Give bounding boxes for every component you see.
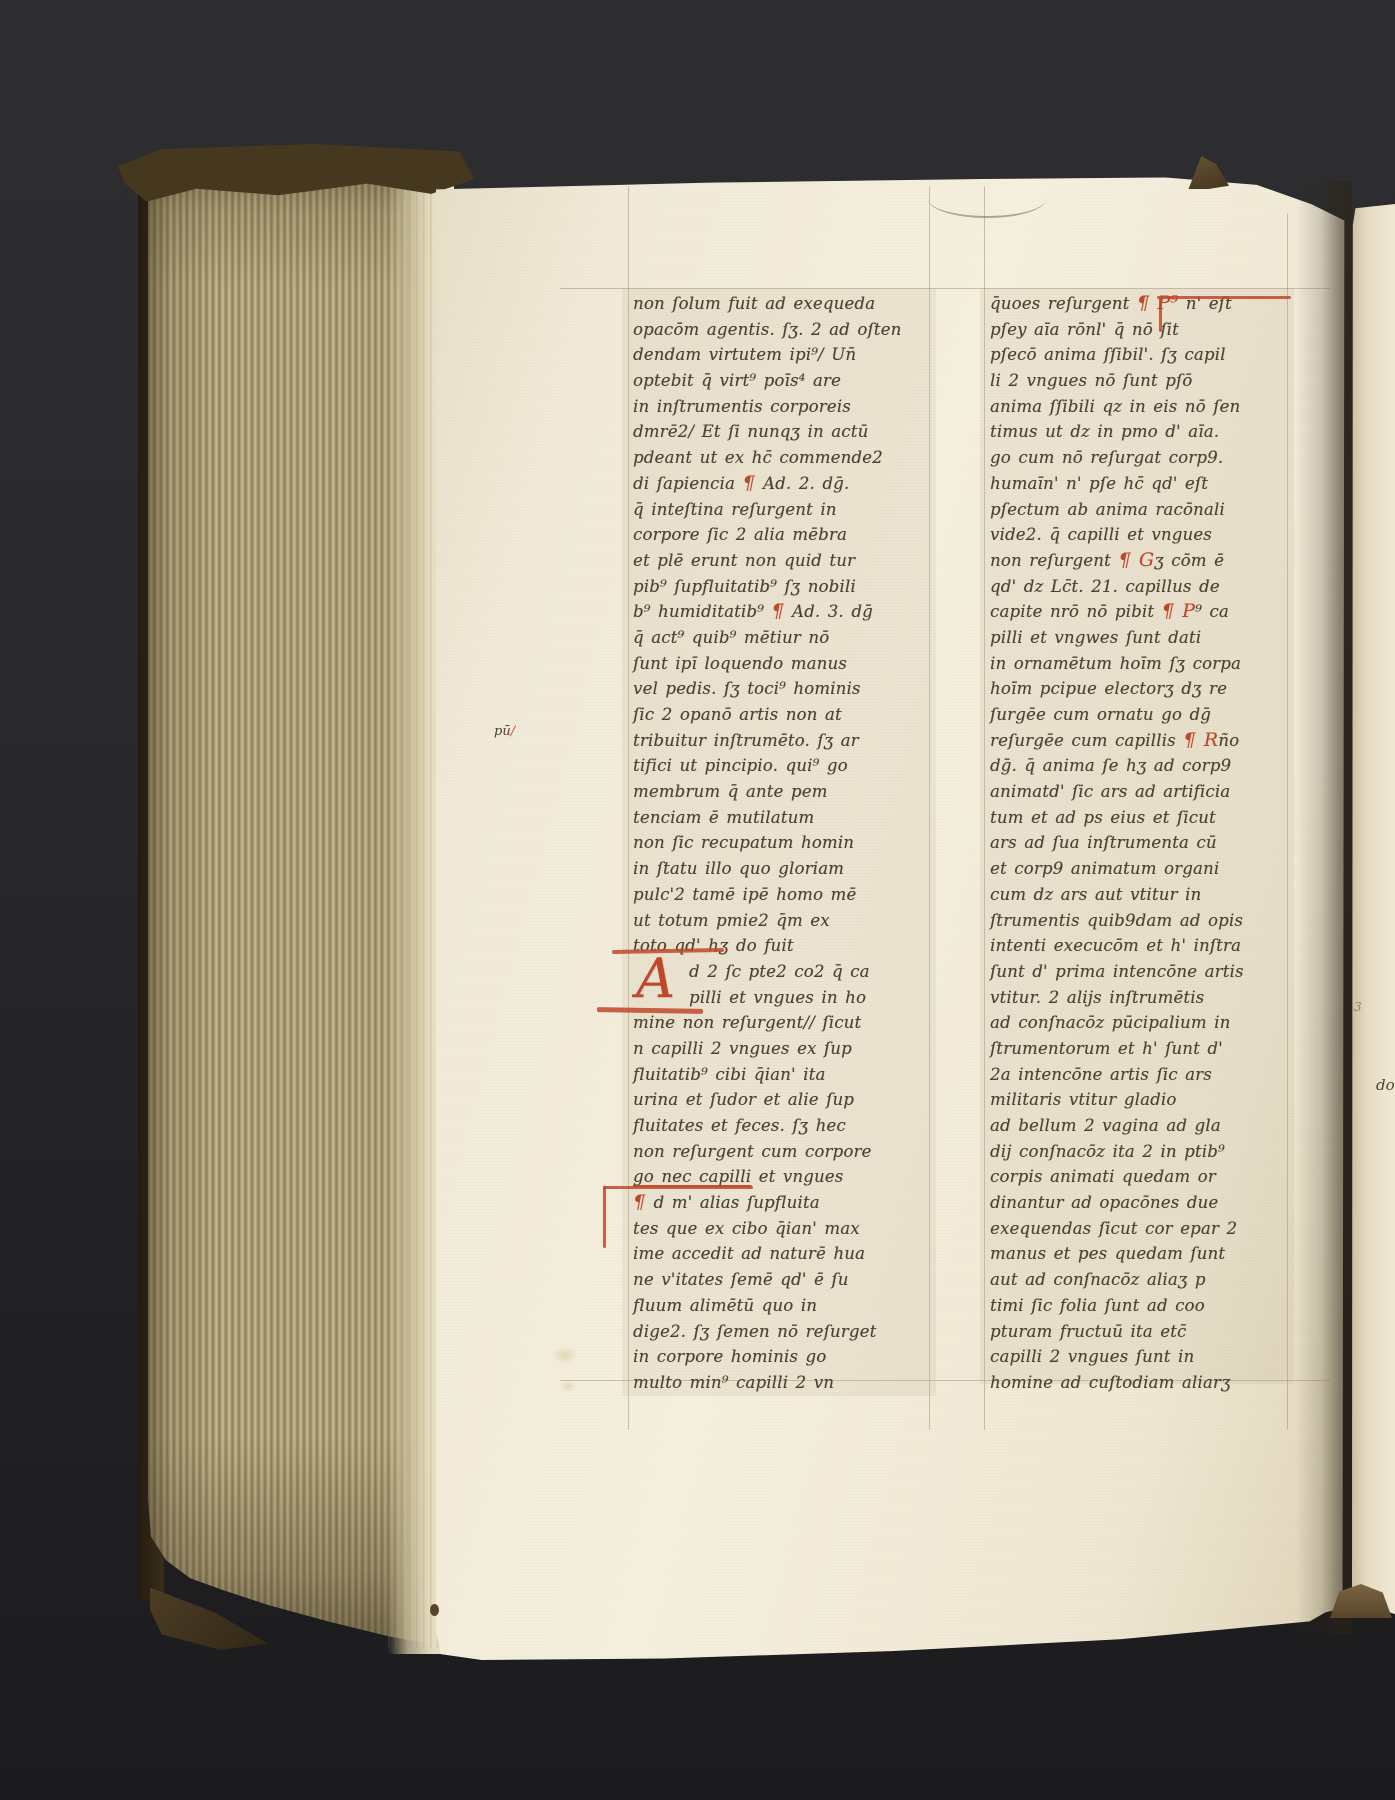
text-line: dḡ. q̄ anima ſe hʒ ad corp9 — [990, 753, 1294, 779]
ink-text: dendam virtutem ipi⁹/ Un̄ — [633, 345, 856, 364]
ink-text: ad conſnacōz pūcipalium in — [990, 1013, 1230, 1032]
text-line: ut totum pmie2 q̄m ex — [633, 908, 933, 934]
text-line: pdeant ut ex hc̄ commende2 — [633, 445, 933, 471]
ink-text: go cum nō reſurgat corp9. — [990, 448, 1223, 467]
text-line: non ſic recupatum homin — [633, 830, 933, 856]
text-line: q̄uoes reſurgent ¶ P⁹ n' eſt — [990, 291, 1294, 317]
text-line: non reſurgent cum corpore — [633, 1139, 933, 1165]
ink-text: dige2. ſʒ ſemen nō reſurget — [633, 1322, 876, 1341]
ink-text: tes que ex cibo q̄ian' max — [633, 1219, 860, 1238]
rubric-text: ¶ P — [1162, 600, 1196, 622]
text-line: vide2. q̄ capilli et vngues — [990, 522, 1294, 548]
ink-text: pdeant ut ex hc̄ commende2 — [633, 448, 883, 467]
text-line: in inſtrumentis corporeis — [633, 394, 933, 420]
text-line: pulc'2 tamē ipē homo mē — [633, 882, 933, 908]
ink-text: ño — [1218, 731, 1239, 750]
text-line: anima ſſibili qz in eis nō ſen — [990, 394, 1294, 420]
text-line: in corpore hominis go — [633, 1344, 933, 1370]
rubric-bracket-horizontal — [1157, 296, 1291, 299]
text-line: pilli et vngues in ho — [633, 985, 933, 1011]
ink-text: homine ad cuſtodiam aliarʒ — [990, 1373, 1231, 1392]
ink-text: in ſtatu illo quo gloriam — [633, 859, 844, 878]
ink-text: opacōm agentis. ſʒ. 2 ad oſten — [633, 320, 901, 339]
text-line: homine ad cuſtodiam aliarʒ — [990, 1370, 1294, 1396]
ink-text: ut totum pmie2 q̄m ex — [633, 911, 830, 930]
text-line: d 2 ſc pte2 co2 q̄ ca — [633, 959, 933, 985]
text-column-right: q̄uoes reſurgent ¶ P⁹ n' eſtpſey aīa rōn… — [990, 291, 1294, 1396]
text-line: ne v'itates ſemē qd' ē ſu — [633, 1267, 933, 1293]
text-line: mine non reſurgent// ſicut — [633, 1010, 933, 1036]
rubric-text: ¶ — [742, 472, 763, 494]
text-line: reſurgēe cum capillis ¶ Rño — [990, 728, 1294, 754]
text-line: tum et ad ps eius et ſicut — [990, 805, 1294, 831]
text-line: tes que ex cibo q̄ian' max — [633, 1216, 933, 1242]
ink-text: pturam fructuū ita etc̄ — [990, 1322, 1186, 1341]
ink-text: qd' dz Lc̄t. 21. capillus de — [990, 577, 1220, 596]
text-line: intenti execucōm et h' inſtra — [990, 933, 1294, 959]
ink-text: pilli et vngwes ſunt dati — [990, 628, 1201, 647]
ink-text: tifici ut pincipio. qui⁹ go — [633, 756, 848, 775]
ink-text: non reſurgent — [990, 551, 1118, 570]
ink-text: dḡ. q̄ anima ſe hʒ ad corp9 — [990, 756, 1231, 775]
fox-stain — [560, 1380, 576, 1392]
facing-page-sliver — [1352, 204, 1395, 1614]
ink-text: militaris vtitur gladio — [990, 1090, 1177, 1109]
text-line: q̄ act⁹ quib⁹ mētiur nō — [633, 625, 933, 651]
ink-text: dij conſnacōz ita 2 in ptib⁹ — [990, 1142, 1225, 1161]
ink-text: manus et pes quedam ſunt — [990, 1244, 1225, 1263]
marginal-note-mark: / — [511, 724, 515, 739]
text-line: dmrē2/ Et ſi nunqʒ in actū — [633, 419, 933, 445]
text-line: go cum nō reſurgat corp9. — [990, 445, 1294, 471]
ink-text: Ad. 3. dḡ — [792, 602, 873, 621]
text-line: ſunt ipī loquendo manus — [633, 651, 933, 677]
rubric-text: ¶ — [771, 600, 792, 622]
ink-text: d 2 ſc pte2 co2 q̄ ca — [689, 962, 870, 981]
drop-initial-letter: A — [636, 952, 675, 1006]
text-line: toto qd' hʒ do fuit — [633, 933, 933, 959]
text-line: corpore ſic 2 alia mēbra — [633, 522, 933, 548]
text-line: q̄ inteſtina reſurgent in — [633, 497, 933, 523]
ink-spot — [430, 1604, 439, 1616]
text-line: urina et ſudor et alie ſup — [633, 1087, 933, 1113]
ink-text: vtitur. 2 alijs inſtrumētis — [990, 988, 1204, 1007]
rubric-text: ¶ R — [1183, 729, 1218, 751]
text-line: vel pedis. ſʒ toci⁹ hominis — [633, 676, 933, 702]
ink-text: tenciam ē mutilatum — [633, 808, 814, 827]
rubric-text: ¶ G — [1118, 549, 1154, 571]
ink-text: corpis animati quedam or — [990, 1167, 1216, 1186]
text-line: fluitatib⁹ cibi q̄ian' ita — [633, 1062, 933, 1088]
ink-text: ſurgēe cum ornatu go dḡ — [990, 705, 1211, 724]
ink-text: pſectum ab anima racōnali — [990, 500, 1225, 519]
text-column-left: non ſolum fuit ad exequedaopacōm agentis… — [633, 291, 933, 1396]
ink-text: q̄uoes reſurgent — [990, 294, 1137, 313]
ink-text: tum et ad ps eius et ſicut — [990, 808, 1216, 827]
ink-text: ime accedit ad naturē hua — [633, 1244, 865, 1263]
ink-text: ⁹ ca — [1195, 602, 1229, 621]
text-line: non reſurgent ¶ Gʒ cōm ē — [990, 548, 1294, 574]
ink-text: di ſapiencia — [633, 474, 742, 493]
text-line: tribuitur inſtrumēto. ſʒ ar — [633, 728, 933, 754]
ink-text: non ſolum fuit ad exequeda — [633, 294, 875, 313]
text-line: in ornamētum hoīm ſʒ corpa — [990, 651, 1294, 677]
text-line: ¶ d m' alias ſupfluita — [633, 1190, 933, 1216]
text-line: cum dz ars aut vtitur in — [990, 882, 1294, 908]
text-line: ſunt d' prima intencōne artis — [990, 959, 1294, 985]
text-line: b⁹ humiditatib⁹ ¶ Ad. 3. dḡ — [633, 599, 933, 625]
text-line: fluum alimētū quo in — [633, 1293, 933, 1319]
rubric-bracket-vertical — [1159, 298, 1162, 332]
text-line: membrum q̄ ante pem — [633, 779, 933, 805]
text-line: corpis animati quedam or — [990, 1164, 1294, 1190]
ink-text: pib⁹ ſupfluitatib⁹ ſʒ nobili — [633, 577, 856, 596]
text-line: exequendas ſicut cor epar 2 — [990, 1216, 1294, 1242]
text-line: ſurgēe cum ornatu go dḡ — [990, 702, 1294, 728]
ink-text: q̄ act⁹ quib⁹ mētiur nō — [633, 628, 829, 647]
text-line: ſtrumentis quib9dam ad opis — [990, 908, 1294, 934]
ink-text: dinantur ad opacōnes due — [990, 1193, 1218, 1212]
ink-text: n capilli 2 vngues ex ſup — [633, 1039, 852, 1058]
text-line: et corp9 animatum organi — [990, 856, 1294, 882]
ink-text: ſunt d' prima intencōne artis — [990, 962, 1244, 981]
text-line: tifici ut pincipio. qui⁹ go — [633, 753, 933, 779]
ink-text: ne v'itates ſemē qd' ē ſu — [633, 1270, 849, 1289]
marginal-note: pū/ — [494, 724, 515, 739]
ink-text: in inſtrumentis corporeis — [633, 397, 851, 416]
ink-text: fluum alimētū quo in — [633, 1296, 817, 1315]
rubric-bracket-vertical — [603, 1186, 606, 1248]
ink-text: et corp9 animatum organi — [990, 859, 1219, 878]
text-line: dinantur ad opacōnes due — [990, 1190, 1294, 1216]
text-line: aut ad conſnacōz aliaʒ p — [990, 1267, 1294, 1293]
ink-text: ſtrumentis quib9dam ad opis — [990, 911, 1243, 930]
ink-text: corpore ſic 2 alia mēbra — [633, 525, 847, 544]
ink-text: optebit q̄ virt⁹ poīs⁴ are — [633, 371, 841, 390]
ink-text: timi ſic folia ſunt ad coo — [990, 1296, 1205, 1315]
text-line: pilli et vngwes ſunt dati — [990, 625, 1294, 651]
ink-text: q̄ inteſtina reſurgent in — [633, 500, 837, 519]
ink-text: anima ſſibili qz in eis nō ſen — [990, 397, 1240, 416]
text-line: li 2 vngues nō ſunt pſō — [990, 368, 1294, 394]
ink-text: hoīm pcipue electorʒ dʒ re — [990, 679, 1227, 698]
text-line: in ſtatu illo quo gloriam — [633, 856, 933, 882]
manuscript-photo: non ſolum fuit ad exequedaopacōm agentis… — [0, 0, 1395, 1800]
text-line: capite nrō nō pibit ¶ P⁹ ca — [990, 599, 1294, 625]
text-line: tenciam ē mutilatum — [633, 805, 933, 831]
text-line: ſic 2 opanō artis non at — [633, 702, 933, 728]
marginal-note-text: pū — [494, 724, 511, 739]
ink-text: intenti execucōm et h' inſtra — [990, 936, 1241, 955]
rubric-text: ¶ — [633, 1191, 654, 1213]
text-line: et plē erunt non quid tur — [633, 548, 933, 574]
ink-text: pſey aīa rōnl' q̄ nō ſit — [990, 320, 1179, 339]
text-line: pturam fructuū ita etc̄ — [990, 1319, 1294, 1345]
text-line: timus ut dz in pmo d' aīa. — [990, 419, 1294, 445]
ink-text: pilli et vngues in ho — [689, 988, 866, 1007]
ink-text: pſecō anima ſſibil'. ſʒ capil — [990, 345, 1226, 364]
ink-text: li 2 vngues nō ſunt pſō — [990, 371, 1192, 390]
text-line: ime accedit ad naturē hua — [633, 1241, 933, 1267]
text-line: animatd' ſic ars ad artificia — [990, 779, 1294, 805]
text-line: optebit q̄ virt⁹ poīs⁴ are — [633, 368, 933, 394]
rubric-bracket-horizontal — [603, 1186, 753, 1189]
text-line: 2a intencōne artis ſic ars — [990, 1062, 1294, 1088]
ink-text: reſurgēe cum capillis — [990, 731, 1183, 750]
ink-text: b⁹ humiditatib⁹ — [633, 602, 771, 621]
ink-text: 2a intencōne artis ſic ars — [990, 1065, 1212, 1084]
text-line: non ſolum fuit ad exequeda — [633, 291, 933, 317]
text-line: qd' dz Lc̄t. 21. capillus de — [990, 574, 1294, 600]
text-line: pſecō anima ſſibil'. ſʒ capil — [990, 342, 1294, 368]
ink-text: mine non reſurgent// ſicut — [633, 1013, 861, 1032]
text-line: di ſapiencia ¶ Ad. 2. dḡ. — [633, 471, 933, 497]
facing-page-fragment: 3 — [1354, 1000, 1362, 1014]
ink-text: fluitates et feces. ſʒ hec — [633, 1116, 846, 1135]
ink-text: animatd' ſic ars ad artificia — [990, 782, 1230, 801]
ink-text: tribuitur inſtrumēto. ſʒ ar — [633, 731, 859, 750]
ink-text: humaīn' n' pſe hc̄ qd' eſt — [990, 474, 1208, 493]
text-line: fluitates et feces. ſʒ hec — [633, 1113, 933, 1139]
text-line: ad conſnacōz pūcipalium in — [990, 1010, 1294, 1036]
ink-text: vel pedis. ſʒ toci⁹ hominis — [633, 679, 861, 698]
ink-text: vide2. q̄ capilli et vngues — [990, 525, 1212, 544]
text-line: ad bellum 2 vagina ad gla — [990, 1113, 1294, 1139]
text-line: n capilli 2 vngues ex ſup — [633, 1036, 933, 1062]
ink-text: in corpore hominis go — [633, 1347, 826, 1366]
ink-text: et plē erunt non quid tur — [633, 551, 855, 570]
ink-text: urina et ſudor et alie ſup — [633, 1090, 854, 1109]
ink-text: d m' alias ſupfluita — [654, 1193, 820, 1212]
text-line: pſey aīa rōnl' q̄ nō ſit — [990, 317, 1294, 343]
ink-text: ʒ cōm ē — [1154, 551, 1224, 570]
text-line: ſtrumentorum et h' ſunt d' — [990, 1036, 1294, 1062]
ink-text: capilli 2 vngues ſunt in — [990, 1347, 1194, 1366]
ink-text: cum dz ars aut vtitur in — [990, 885, 1201, 904]
ink-text: non ſic recupatum homin — [633, 833, 854, 852]
ink-text: et vngues — [751, 1167, 843, 1186]
text-line: opacōm agentis. ſʒ. 2 ad oſten — [633, 317, 933, 343]
ink-text: non reſurgent cum corpore — [633, 1142, 872, 1161]
ink-text: membrum q̄ ante pem — [633, 782, 828, 801]
red-underlined-text: go nec capilli — [633, 1167, 751, 1186]
text-line: capilli 2 vngues ſunt in — [990, 1344, 1294, 1370]
page-curl-striations — [388, 170, 440, 1648]
ink-text: timus ut dz in pmo d' aīa. — [990, 422, 1219, 441]
text-line: pſectum ab anima racōnali — [990, 497, 1294, 523]
ink-text: ſunt ipī loquendo manus — [633, 654, 847, 673]
text-line: timi ſic folia ſunt ad coo — [990, 1293, 1294, 1319]
ink-text: capite nrō nō pibit — [990, 602, 1162, 621]
fox-stain — [552, 1346, 578, 1364]
ink-text: ars ad ſua inſtrumenta cū — [990, 833, 1217, 852]
text-line: dij conſnacōz ita 2 in ptib⁹ — [990, 1139, 1294, 1165]
ink-text: exequendas ſicut cor epar 2 — [990, 1219, 1237, 1238]
text-line: ars ad ſua inſtrumenta cū — [990, 830, 1294, 856]
ink-text: aut ad conſnacōz aliaʒ p — [990, 1270, 1206, 1289]
text-line: multo min⁹ capilli 2 vn — [633, 1370, 933, 1396]
ink-text: dmrē2/ Et ſi nunqʒ in actū — [633, 422, 868, 441]
ink-text: ſtrumentorum et h' ſunt d' — [990, 1039, 1223, 1058]
crease-mark — [928, 180, 1046, 218]
facing-page-fragment: do — [1376, 1076, 1395, 1094]
text-line: dige2. ſʒ ſemen nō reſurget — [633, 1319, 933, 1345]
ink-text: ad bellum 2 vagina ad gla — [990, 1116, 1221, 1135]
ink-text: pulc'2 tamē ipē homo mē — [633, 885, 856, 904]
text-line: dendam virtutem ipi⁹/ Un̄ — [633, 342, 933, 368]
text-line: manus et pes quedam ſunt — [990, 1241, 1294, 1267]
text-line: hoīm pcipue electorʒ dʒ re — [990, 676, 1294, 702]
ink-text: in ornamētum hoīm ſʒ corpa — [990, 654, 1241, 673]
ink-text: ſic 2 opanō artis non at — [633, 705, 842, 724]
text-line: humaīn' n' pſe hc̄ qd' eſt — [990, 471, 1294, 497]
text-line: vtitur. 2 alijs inſtrumētis — [990, 985, 1294, 1011]
ink-text: fluitatib⁹ cibi q̄ian' ita — [633, 1065, 826, 1084]
gutter-shadow — [1296, 182, 1352, 1634]
ink-text: multo min⁹ capilli 2 vn — [633, 1373, 834, 1392]
text-line: militaris vtitur gladio — [990, 1087, 1294, 1113]
ink-text: Ad. 2. dḡ. — [763, 474, 849, 493]
text-line: pib⁹ ſupfluitatib⁹ ſʒ nobili — [633, 574, 933, 600]
